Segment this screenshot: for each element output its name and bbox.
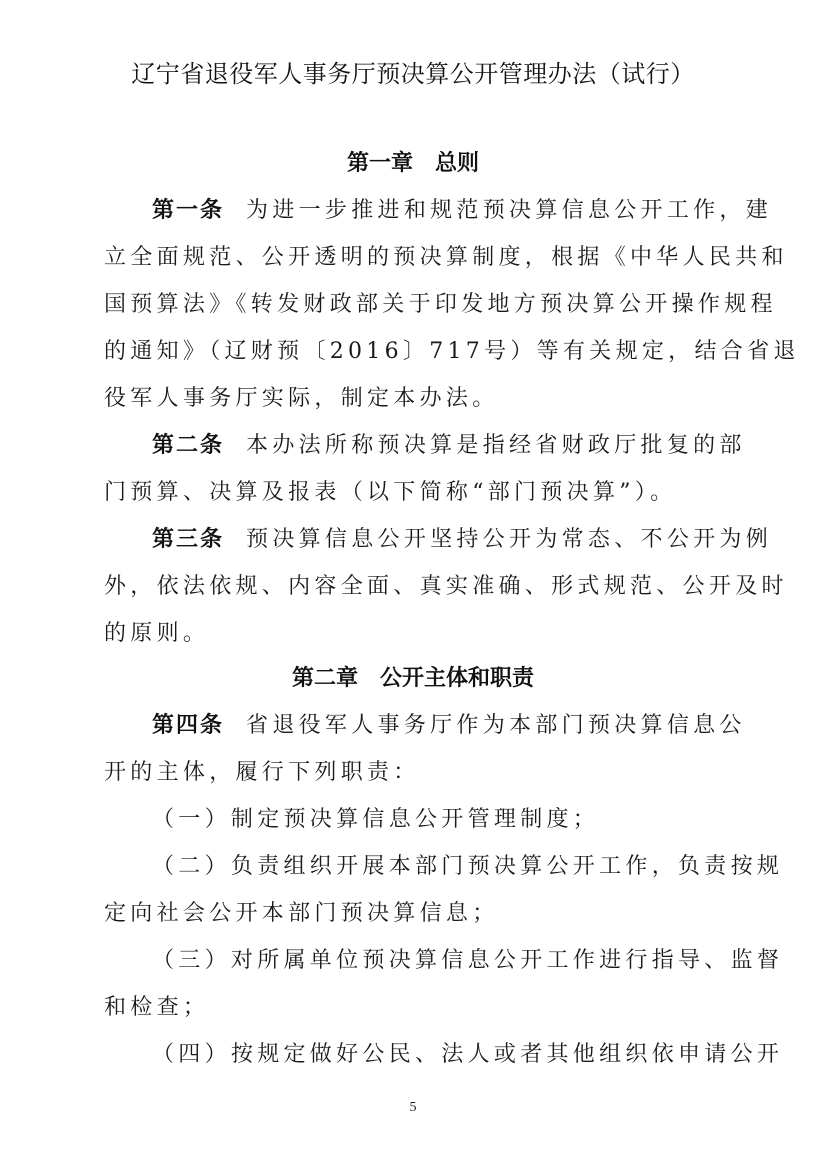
page-number: 5 — [0, 1100, 826, 1116]
duty-1-line-1: （一）制定预决算信息公开管理制度； — [152, 802, 724, 833]
duty-3-line-2: 和检查； — [104, 990, 724, 1021]
document-title: 辽宁省退役军人事务厅预决算公开管理办法（试行） — [0, 54, 826, 89]
article-text: 本办法所称预决算是指经省财政厅批复的部 — [246, 433, 746, 458]
article-number: 第三条 — [152, 527, 224, 552]
duty-4-line-1: （四）按规定做好公民、法人或者其他组织依申请公开 — [152, 1037, 724, 1068]
article-4-line-1: 第四条省退役军人事务厅作为本部门预决算信息公 — [152, 708, 724, 739]
duty-2-line-1: （二）负责组织开展本部门预决算公开工作，负责按规 — [152, 849, 724, 880]
chapter-heading-2: 第二章 公开主体和职责 — [0, 661, 826, 692]
document-page: 辽宁省退役军人事务厅预决算公开管理办法（试行） 第一章 总则 第一条为进一步推进… — [0, 0, 826, 1169]
article-4-line-2: 开的主体，履行下列职责： — [104, 755, 724, 786]
article-3-line-2: 外，依法依规、内容全面、真实准确、形式规范、公开及时 — [104, 569, 724, 600]
article-2-line-1: 第二条本办法所称预决算是指经省财政厅批复的部 — [152, 428, 724, 459]
article-2-line-2: 门预算、决算及报表（以下简称“部门预决算”）。 — [104, 475, 724, 506]
article-1-line-3: 国预算法》《转发财政部关于印发地方预决算公开操作规程 — [104, 287, 724, 318]
article-1-line-5: 役军人事务厅实际，制定本办法。 — [104, 381, 724, 412]
article-1-line-2: 立全面规范、公开透明的预决算制度，根据《中华人民共和 — [104, 240, 724, 271]
article-text: 省退役军人事务厅作为本部门预决算信息公 — [246, 713, 746, 738]
duty-3-line-1: （三）对所属单位预决算信息公开工作进行指导、监督 — [152, 943, 724, 974]
article-1-line-1: 第一条为进一步推进和规范预决算信息公开工作，建 — [152, 193, 724, 224]
article-number: 第二条 — [152, 433, 224, 458]
article-text: 预决算信息公开坚持公开为常态、不公开为例 — [246, 527, 772, 552]
duty-2-line-2: 定向社会公开本部门预决算信息； — [104, 896, 724, 927]
article-number: 第四条 — [152, 713, 224, 738]
article-text: 为进一步推进和规范预决算信息公开工作，建 — [246, 198, 772, 223]
article-1-line-4: 的通知》（辽财预〔2016〕717号）等有关规定，结合省退 — [104, 334, 724, 365]
article-3-line-1: 第三条预决算信息公开坚持公开为常态、不公开为例 — [152, 522, 724, 553]
article-number: 第一条 — [152, 198, 224, 223]
article-3-line-3: 的原则。 — [104, 616, 724, 647]
chapter-heading-1: 第一章 总则 — [0, 146, 826, 177]
